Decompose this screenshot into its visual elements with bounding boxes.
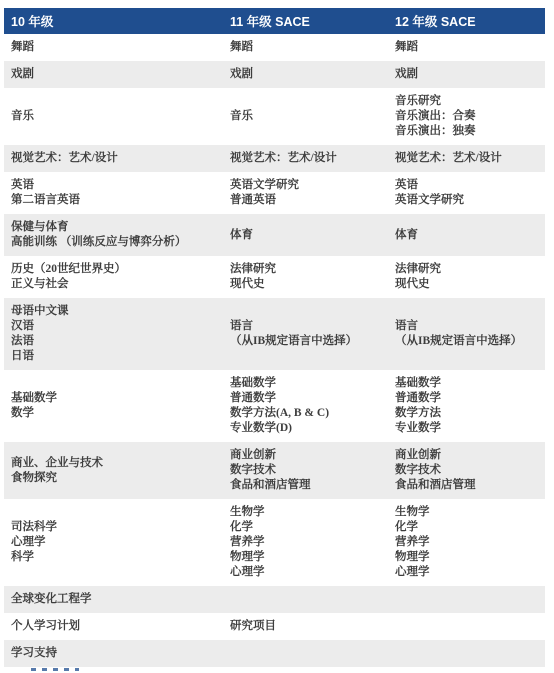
subject-label: 商业创新 xyxy=(230,448,395,463)
table-cell: 商业创新数字技术食品和酒店管理 xyxy=(395,448,545,493)
subject-label: 音乐演出：合奏 xyxy=(395,109,545,124)
table-cell xyxy=(395,646,545,661)
subject-label: 日语 xyxy=(11,349,230,364)
subject-label: 心理学 xyxy=(395,565,545,580)
subject-label: 研究项目 xyxy=(230,619,395,634)
subject-label: 化学 xyxy=(230,520,395,535)
subject-label: 高能训练 （训练反应与博弈分析） xyxy=(11,235,230,250)
subject-label: 母语中文课 xyxy=(11,304,230,319)
subject-label: 音乐 xyxy=(11,109,230,124)
table-row: 音乐音乐音乐研究音乐演出：合奏音乐演出：独奏 xyxy=(4,88,545,145)
column-header-grade11-sace: 11 年级 SACE xyxy=(230,12,395,30)
table-row: 舞蹈舞蹈舞蹈 xyxy=(4,34,545,61)
table-row: 全球变化工程学 xyxy=(4,586,545,613)
subject-label: 英语 xyxy=(11,178,230,193)
subject-label: 基础数学 xyxy=(11,391,230,406)
subject-label: 现代史 xyxy=(230,277,395,292)
table-cell: 全球变化工程学 xyxy=(4,592,230,607)
table-cell: 生物学化学营养学物理学心理学 xyxy=(230,505,395,580)
subject-label: 保健与体育 xyxy=(11,220,230,235)
table-cell: 体育 xyxy=(230,228,395,243)
table-row: 历史（20世纪世界史）正义与社会法律研究现代史法律研究现代史 xyxy=(4,256,545,298)
subject-label: 物理学 xyxy=(230,550,395,565)
subject-label: 视觉艺术：艺术/设计 xyxy=(230,151,395,166)
subject-label: 全球变化工程学 xyxy=(11,592,230,607)
subject-label: 专业数学 xyxy=(395,421,545,436)
subject-label: 数学 xyxy=(11,406,230,421)
table-row: 个人学习计划研究项目 xyxy=(4,613,545,640)
table-cell: 基础数学普通数学数学方法(A, B & C)专业数学(D) xyxy=(230,376,395,436)
table-cell: 历史（20世纪世界史）正义与社会 xyxy=(4,262,230,292)
table-cell: 舞蹈 xyxy=(395,40,545,55)
table-cell: 戏剧 xyxy=(230,67,395,82)
curriculum-table: 10 年级 11 年级 SACE 12 年级 SACE 舞蹈舞蹈舞蹈戏剧戏剧戏剧… xyxy=(4,8,545,667)
table-cell: 基础数学数学 xyxy=(4,391,230,421)
subject-label: 数学方法 xyxy=(395,406,545,421)
subject-label: 化学 xyxy=(395,520,545,535)
subject-label: 视觉艺术：艺术/设计 xyxy=(11,151,230,166)
subject-label: 汉语 xyxy=(11,319,230,334)
table-cell xyxy=(230,646,395,661)
subject-label: 数字技术 xyxy=(230,463,395,478)
subject-label: 英语 xyxy=(395,178,545,193)
table-cell: 视觉艺术：艺术/设计 xyxy=(230,151,395,166)
table-cell: 戏剧 xyxy=(395,67,545,82)
table-cell: 法律研究现代史 xyxy=(395,262,545,292)
subject-label: 正义与社会 xyxy=(11,277,230,292)
table-cell xyxy=(230,592,395,607)
subject-label: 食物探究 xyxy=(11,471,230,486)
table-cell: 个人学习计划 xyxy=(4,619,230,634)
table-cell: 基础数学普通数学数学方法专业数学 xyxy=(395,376,545,436)
table-cell xyxy=(395,619,545,634)
subject-label: （从IB规定语言中选择） xyxy=(395,334,545,349)
subject-label: 物理学 xyxy=(395,550,545,565)
subject-label: 法语 xyxy=(11,334,230,349)
subject-label: 普通英语 xyxy=(230,193,395,208)
subject-label: 法律研究 xyxy=(395,262,545,277)
subject-label: 体育 xyxy=(395,228,545,243)
table-cell: 舞蹈 xyxy=(4,40,230,55)
subject-label: 学习支持 xyxy=(11,646,230,661)
table-cell: 音乐研究音乐演出：合奏音乐演出：独奏 xyxy=(395,94,545,139)
column-header-grade12-sace: 12 年级 SACE xyxy=(395,12,545,30)
column-header-grade10: 10 年级 xyxy=(4,12,230,30)
table-cell: 学习支持 xyxy=(4,646,230,661)
subject-label: （从IB规定语言中选择） xyxy=(230,334,395,349)
table-cell: 英语第二语言英语 xyxy=(4,178,230,208)
table-cell: 生物学化学营养学物理学心理学 xyxy=(395,505,545,580)
subject-label: 现代史 xyxy=(395,277,545,292)
table-cell: 体育 xyxy=(395,228,545,243)
table-cell: 商业创新数字技术食品和酒店管理 xyxy=(230,448,395,493)
table-cell: 音乐 xyxy=(4,109,230,124)
subject-label: 心理学 xyxy=(11,535,230,550)
table-row: 戏剧戏剧戏剧 xyxy=(4,61,545,88)
subject-label: 基础数学 xyxy=(395,376,545,391)
subject-label: 数学方法(A, B & C) xyxy=(230,406,395,421)
table-header-row: 10 年级 11 年级 SACE 12 年级 SACE xyxy=(4,8,545,34)
subject-label: 专业数学(D) xyxy=(230,421,395,436)
subject-label: 数字技术 xyxy=(395,463,545,478)
table-cell: 语言（从IB规定语言中选择） xyxy=(230,319,395,349)
subject-label: 心理学 xyxy=(230,565,395,580)
subject-label: 营养学 xyxy=(395,535,545,550)
subject-label: 舞蹈 xyxy=(395,40,545,55)
subject-label: 英语文学研究 xyxy=(230,178,395,193)
subject-label: 生物学 xyxy=(230,505,395,520)
table-cell: 音乐 xyxy=(230,109,395,124)
table-row: 学习支持 xyxy=(4,640,545,667)
subject-label: 基础数学 xyxy=(230,376,395,391)
subject-label: 司法科学 xyxy=(11,520,230,535)
table-row: 视觉艺术：艺术/设计视觉艺术：艺术/设计视觉艺术：艺术/设计 xyxy=(4,145,545,172)
table-cell: 商业、企业与技术食物探究 xyxy=(4,456,230,486)
subject-label: 营养学 xyxy=(230,535,395,550)
subject-label: 普通数学 xyxy=(395,391,545,406)
table-cell: 保健与体育高能训练 （训练反应与博弈分析） xyxy=(4,220,230,250)
subject-label: 个人学习计划 xyxy=(11,619,230,634)
subject-label: 舞蹈 xyxy=(11,40,230,55)
subject-label: 食品和酒店管理 xyxy=(230,478,395,493)
subject-label: 商业创新 xyxy=(395,448,545,463)
table-cell xyxy=(395,592,545,607)
subject-label: 视觉艺术：艺术/设计 xyxy=(395,151,545,166)
subject-label: 音乐演出：独奏 xyxy=(395,124,545,139)
table-row: 商业、企业与技术食物探究商业创新数字技术食品和酒店管理商业创新数字技术食品和酒店… xyxy=(4,442,545,499)
subject-label: 语言 xyxy=(230,319,395,334)
subject-label: 舞蹈 xyxy=(230,40,395,55)
table-cell: 语言（从IB规定语言中选择） xyxy=(395,319,545,349)
table-cell: 视觉艺术：艺术/设计 xyxy=(4,151,230,166)
subject-label: 生物学 xyxy=(395,505,545,520)
subject-label: 戏剧 xyxy=(230,67,395,82)
subject-label: 历史（20世纪世界史） xyxy=(11,262,230,277)
subject-label: 商业、企业与技术 xyxy=(11,456,230,471)
subject-label: 英语文学研究 xyxy=(395,193,545,208)
table-row: 英语第二语言英语英语文学研究普通英语英语英语文学研究 xyxy=(4,172,545,214)
curriculum-table-body: 舞蹈舞蹈舞蹈戏剧戏剧戏剧音乐音乐音乐研究音乐演出：合奏音乐演出：独奏视觉艺术：艺… xyxy=(4,34,545,667)
table-cell: 母语中文课汉语法语日语 xyxy=(4,304,230,364)
table-cell: 法律研究现代史 xyxy=(230,262,395,292)
table-row: 保健与体育高能训练 （训练反应与博弈分析）体育体育 xyxy=(4,214,545,256)
subject-label: 体育 xyxy=(230,228,395,243)
table-row: 基础数学数学基础数学普通数学数学方法(A, B & C)专业数学(D)基础数学普… xyxy=(4,370,545,442)
table-cell: 戏剧 xyxy=(4,67,230,82)
cropped-text-fragment xyxy=(31,668,79,671)
table-cell: 舞蹈 xyxy=(230,40,395,55)
subject-label: 语言 xyxy=(395,319,545,334)
subject-label: 科学 xyxy=(11,550,230,565)
subject-label: 音乐研究 xyxy=(395,94,545,109)
table-row: 母语中文课汉语法语日语语言（从IB规定语言中选择）语言（从IB规定语言中选择） xyxy=(4,298,545,370)
subject-label: 戏剧 xyxy=(395,67,545,82)
table-cell: 英语英语文学研究 xyxy=(395,178,545,208)
subject-label: 戏剧 xyxy=(11,67,230,82)
table-cell: 司法科学心理学科学 xyxy=(4,520,230,565)
subject-label: 法律研究 xyxy=(230,262,395,277)
table-cell: 英语文学研究普通英语 xyxy=(230,178,395,208)
table-cell: 视觉艺术：艺术/设计 xyxy=(395,151,545,166)
table-row: 司法科学心理学科学生物学化学营养学物理学心理学生物学化学营养学物理学心理学 xyxy=(4,499,545,586)
table-cell: 研究项目 xyxy=(230,619,395,634)
subject-label: 食品和酒店管理 xyxy=(395,478,545,493)
subject-label: 普通数学 xyxy=(230,391,395,406)
subject-label: 第二语言英语 xyxy=(11,193,230,208)
subject-label: 音乐 xyxy=(230,109,395,124)
